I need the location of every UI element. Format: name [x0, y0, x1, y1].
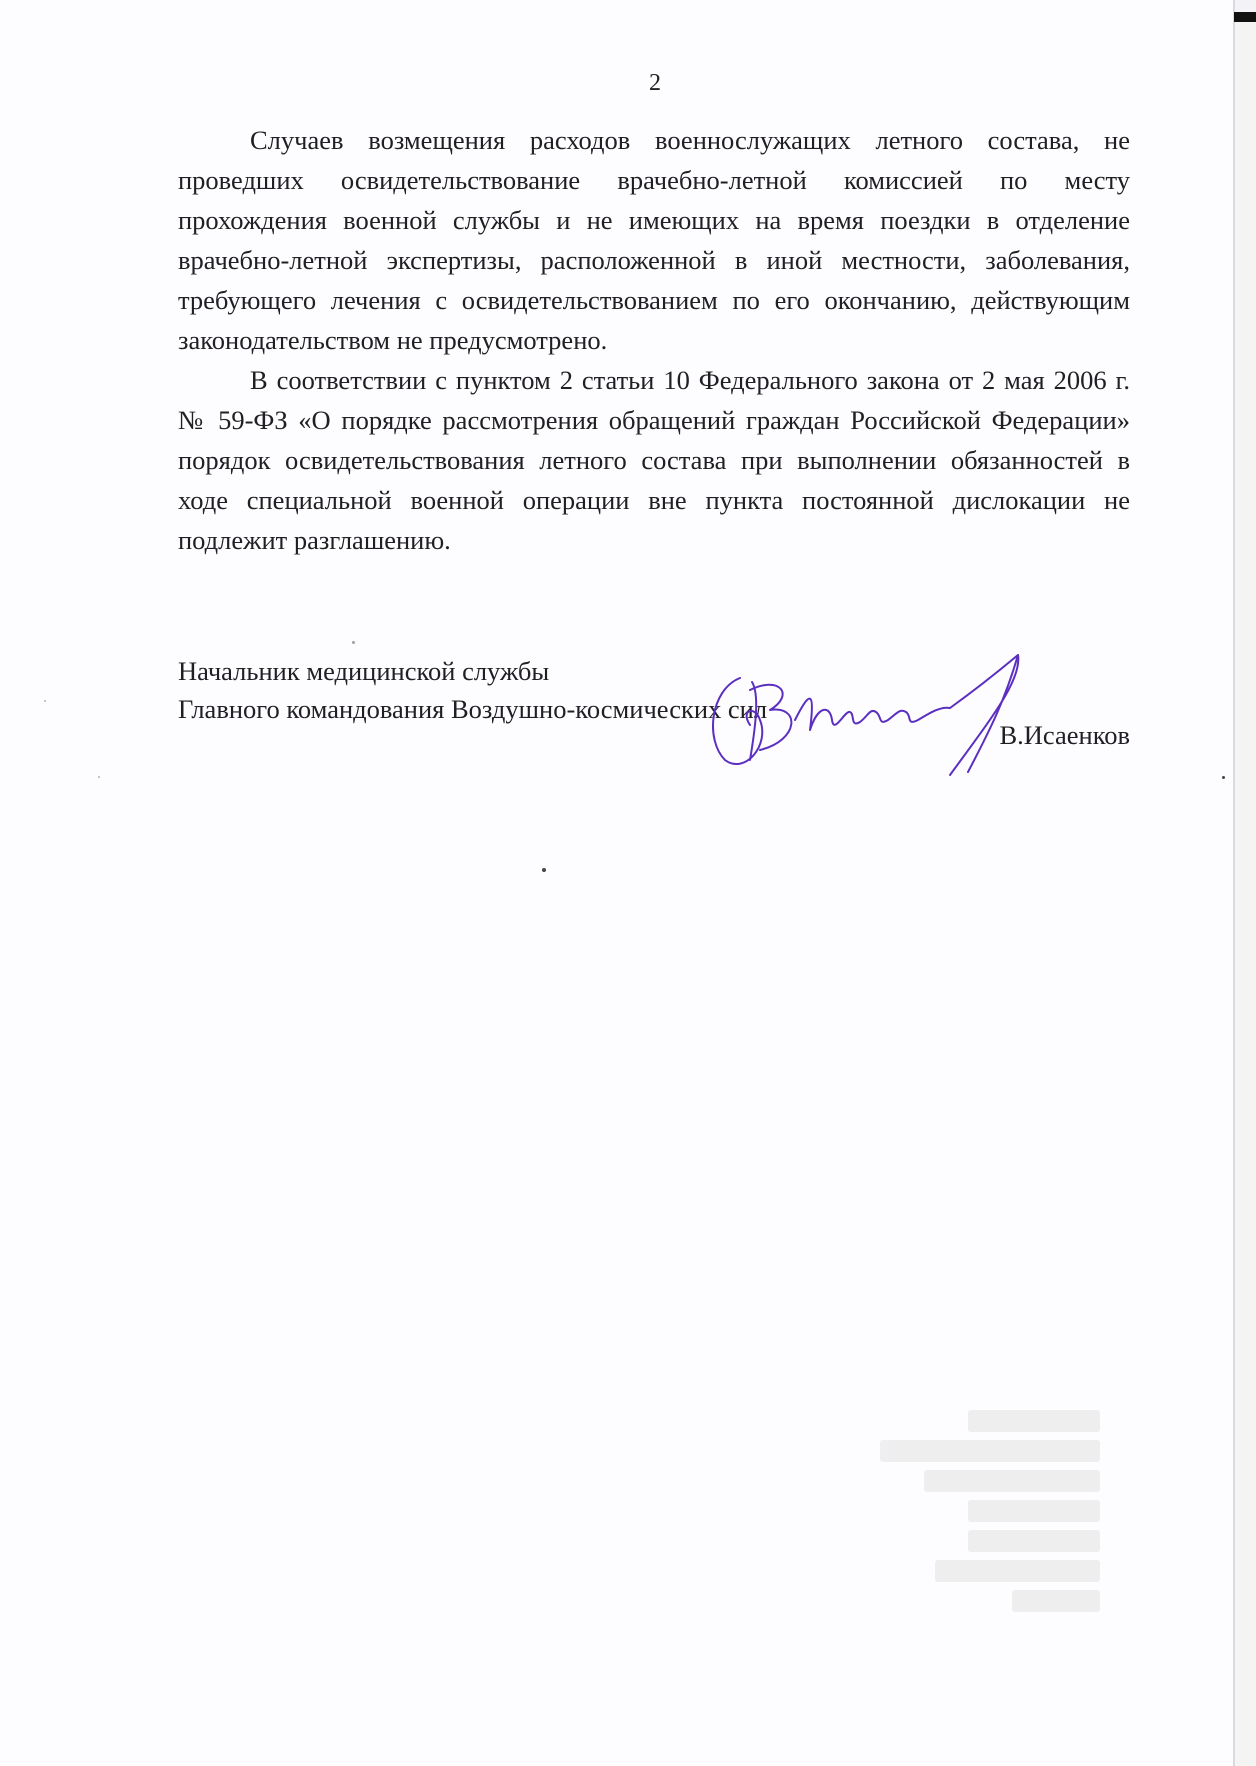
paragraph-confidentiality: В соответствии с пунктом 2 статьи 10 Фед…: [178, 360, 1130, 560]
scan-speck: [98, 776, 100, 778]
scan-speck: [1222, 776, 1225, 779]
scan-speck: [542, 868, 546, 872]
document-page: 2 Случаев возмещения расходов военнослуж…: [0, 0, 1235, 1766]
paragraph-reimbursement: Случаев возмещения расходов военнослужащ…: [178, 120, 1130, 360]
scanner-margin: [1235, 22, 1256, 1766]
reverse-side-show-through: [880, 1410, 1100, 1670]
page-number: 2: [640, 68, 670, 98]
letter-body: Случаев возмещения расходов военнослужащ…: [178, 120, 1130, 560]
scan-speck: [352, 641, 355, 644]
scan-edge-mark: [1234, 12, 1256, 22]
scan-speck: [44, 700, 46, 702]
handwritten-signature-icon: [700, 650, 1040, 780]
